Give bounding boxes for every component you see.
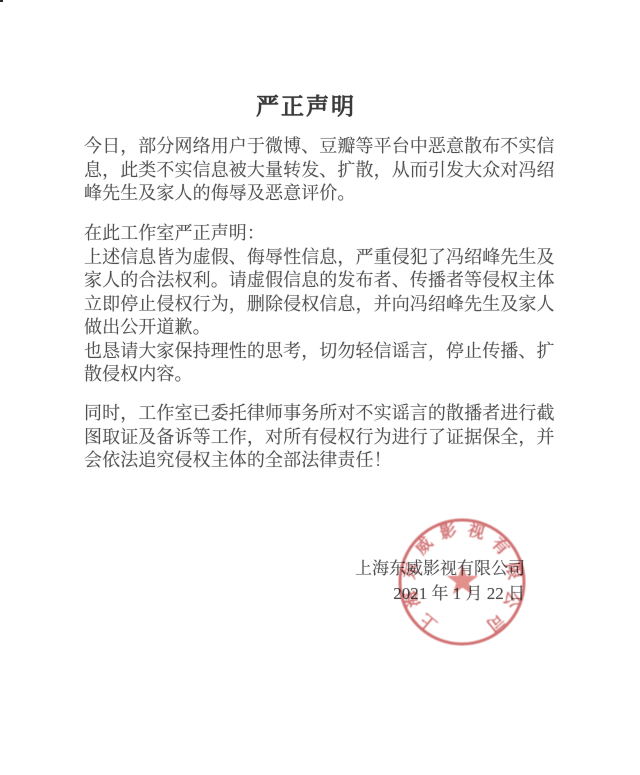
scanned-statement-page: 严正声明 今日，部分网络用户于微博、豆瓣等平台中恶意散布不实信 息，此类不实信息…: [0, 0, 640, 775]
seal-star: [447, 565, 478, 595]
paragraph-legal-action: 同时，工作室已委托律师事务所对不实谣言的散播者进行截 图取证及备诉等工作，对所有…: [84, 402, 566, 473]
paragraph-declaration: 在此工作室严正声明： 上述信息皆为虚假、侮辱性信息，严重侵犯了冯绍峰先生及 家人…: [84, 222, 566, 387]
scan-artifact: [0, 0, 3, 2]
company-seal-stamp: 上海东威影视有限公司: [387, 507, 537, 657]
statement-title: 严正声明: [0, 88, 612, 121]
paragraph-intro: 今日，部分网络用户于微博、豆瓣等平台中恶意散布不实信 息，此类不实信息被大量转发…: [84, 135, 566, 206]
